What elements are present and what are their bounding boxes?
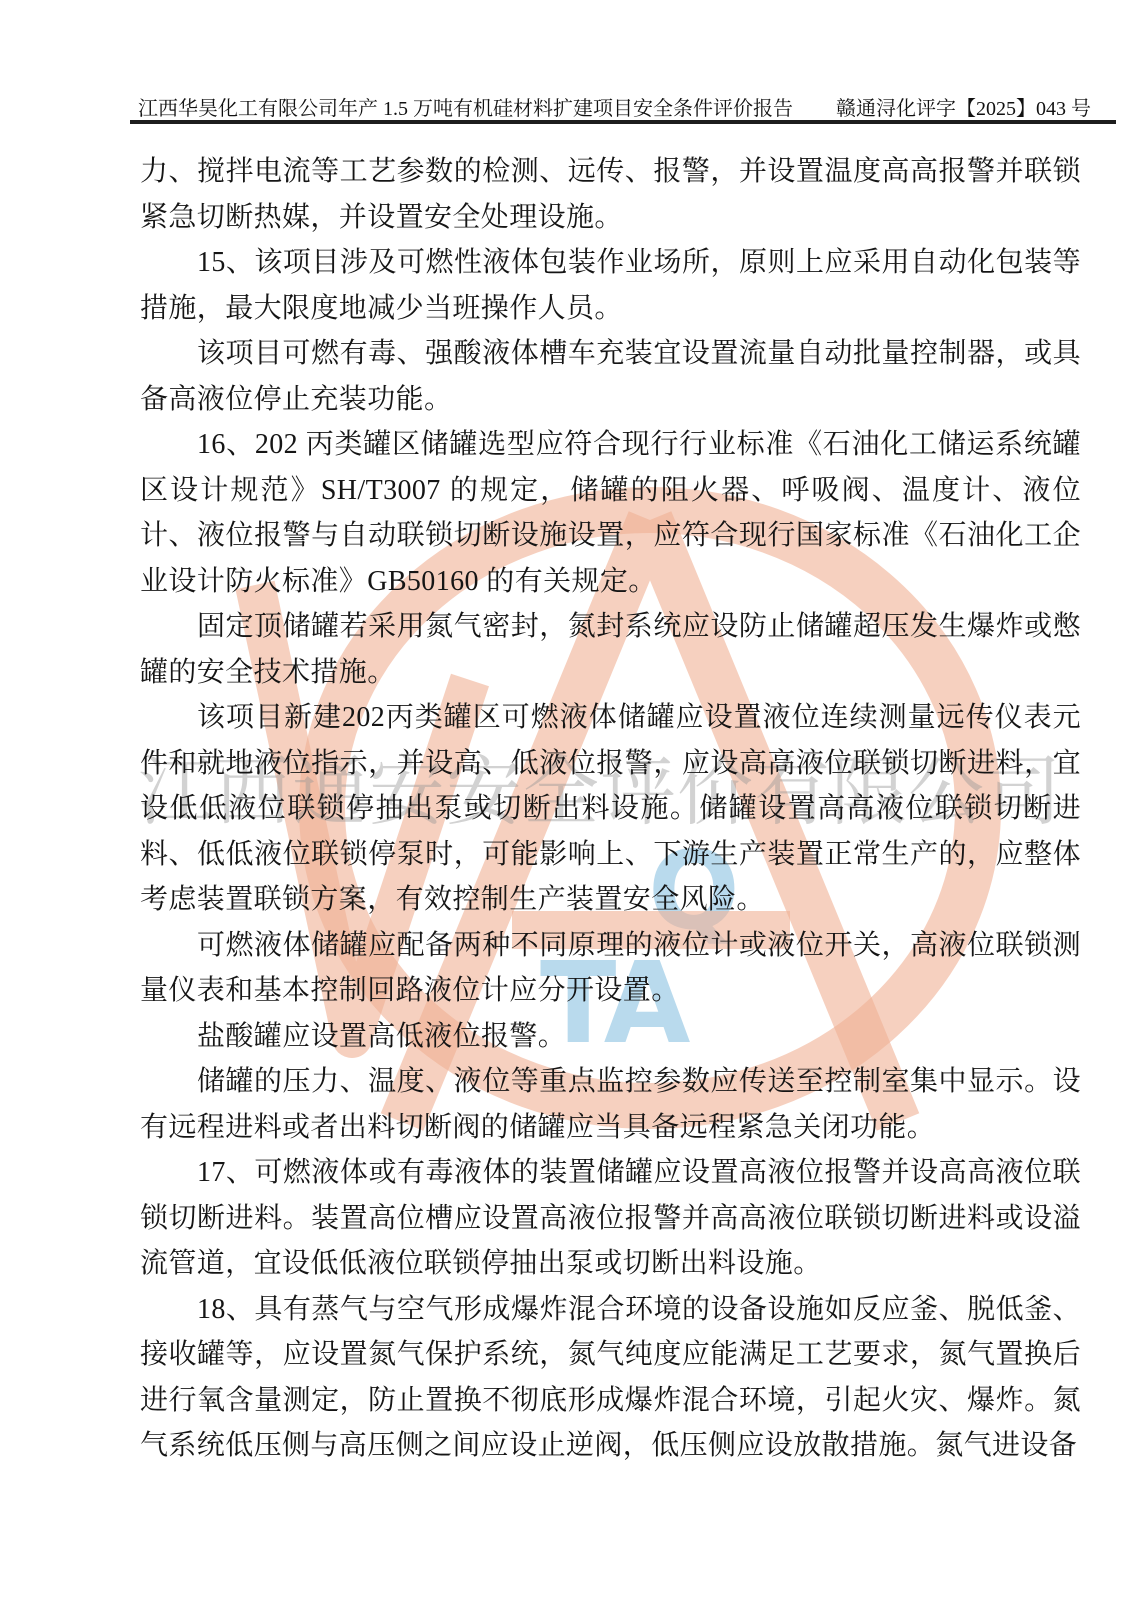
paragraph: 固定顶储罐若采用氮气密封，氮封系统应设防止储罐超压发生爆炸或憋罐的安全技术措施。: [140, 604, 1081, 695]
paragraph-continued: 力、搅拌电流等工艺参数的检测、远传、报警，并设置温度高高报警并联锁紧急切断热媒，…: [140, 149, 1081, 240]
document-body: 力、搅拌电流等工艺参数的检测、远传、报警，并设置温度高高报警并联锁紧急切断热媒，…: [140, 149, 1081, 1469]
paragraph: 盐酸罐应设置高低液位报警。: [140, 1014, 1081, 1060]
paragraph-item-17: 17、可燃液体或有毒液体的装置储罐应设置高液位报警并设高高液位联锁切断进料。装置…: [140, 1150, 1081, 1287]
paragraph: 可燃液体储罐应配备两种不同原理的液位计或液位开关，高液位联锁测量仪表和基本控制回…: [140, 923, 1081, 1014]
paragraph: 储罐的压力、温度、液位等重点监控参数应传送至控制室集中显示。设有远程进料或者出料…: [140, 1059, 1081, 1150]
paragraph: 该项目新建202丙类罐区可燃液体储罐应设置液位连续测量远传仪表元件和就地液位指示…: [140, 695, 1081, 923]
paragraph-item-15: 15、该项目涉及可燃性液体包装作业场所，原则上应采用自动化包装等措施，最大限度地…: [140, 240, 1081, 331]
document-page: Q TA 江西通安安全评价有限公司 江西华昊化工有限公司年产 1.5 万吨有机硅…: [0, 0, 1131, 1600]
page-header: 江西华昊化工有限公司年产 1.5 万吨有机硅材料扩建项目安全条件评价报告 赣通浔…: [138, 92, 1091, 121]
paragraph-item-18: 18、具有蒸气与空气形成爆炸混合环境的设备设施如反应釜、脱低釜、接收罐等，应设置…: [140, 1287, 1081, 1469]
header-rule: [130, 120, 1116, 124]
header-doc-number: 赣通浔化评字【2025】043 号: [836, 92, 1091, 121]
paragraph-item-16: 16、202 丙类罐区储罐选型应符合现行行业标准《石油化工储运系统罐区设计规范》…: [140, 422, 1081, 604]
paragraph: 该项目可燃有毒、强酸液体槽车充装宜设置流量自动批量控制器，或具备高液位停止充装功…: [140, 331, 1081, 422]
header-report-title: 江西华昊化工有限公司年产 1.5 万吨有机硅材料扩建项目安全条件评价报告: [138, 92, 793, 121]
